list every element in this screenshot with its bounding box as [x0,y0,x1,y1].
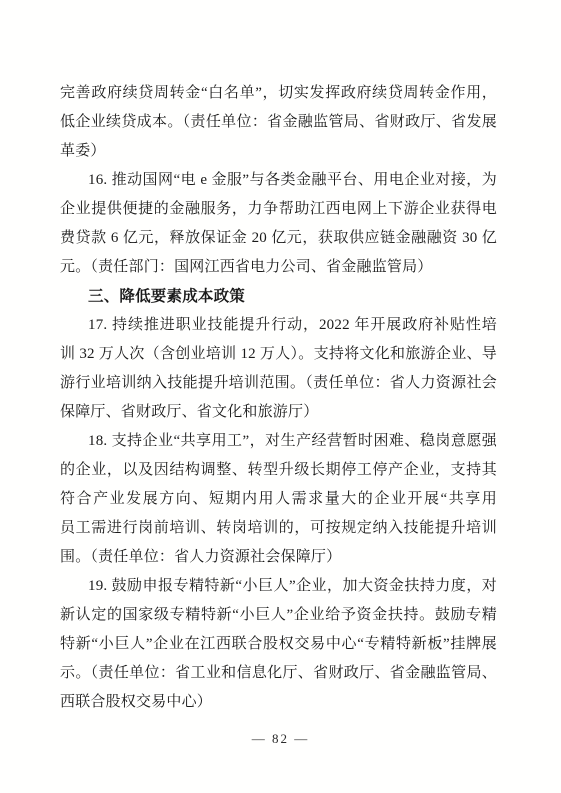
text-line: 低企业续贷成本。（责任单位：省金融监管局、省财政厅、省发展改 [60,108,497,137]
section-heading: 三、降低要素成本政策 [60,282,497,311]
text-line: 完善政府续贷周转金“白名单”，切实发挥政府续贷周转金作用，降 [60,79,497,108]
text-line: 围。（责任单位：省人力资源社会保障厅） [60,543,497,572]
text-line: 革委） [60,137,497,166]
text-line: 训 32 万人次（含创业培训 12 万人）。支持将文化和旅游企业、导 [60,340,497,369]
text-line: 元。（责任部门：国网江西省电力公司、省金融监管局） [60,253,497,282]
text-line: 18. 支持企业“共享用工”，对生产经营暂时困难、稳岗意愿强 [60,427,497,456]
text-line: 的企业，以及因结构调整、转型升级长期停工停产企业，支持其与 [60,456,497,485]
text-line: 17. 持续推进职业技能提升行动，2022 年开展政府补贴性培 [60,311,497,340]
text-line: 西联合股权交易中心） [60,688,497,717]
text-line: 16. 推动国网“电 e 金服”与各类金融平台、用电企业对接，为 [60,166,497,195]
text-line: 示。（责任单位：省工业和信息化厅、省财政厅、省金融监管局、江 [60,659,497,688]
text-line: 费贷款 6 亿元，释放保证金 20 亿元，获取供应链金融融资 30 亿 [60,224,497,253]
text-line: 19. 鼓励申报专精特新“小巨人”企业，加大资金扶持力度，对 [60,572,497,601]
page-number: — 82 — [0,731,561,747]
text-line: 员工需进行岗前培训、转岗培训的，可按规定纳入技能提升培训范 [60,514,497,543]
document-page: 完善政府续贷周转金“白名单”，切实发挥政府续贷周转金作用，降 低企业续贷成本。（… [0,0,561,793]
text-line: 保障厅、省财政厅、省文化和旅游厅） [60,398,497,427]
text-line: 企业提供便捷的金融服务，力争帮助江西电网上下游企业获得电 [60,195,497,224]
text-line: 特新“小巨人”企业在江西联合股权交易中心“专精特新板”挂牌展 [60,630,497,659]
document-body: 完善政府续贷周转金“白名单”，切实发挥政府续贷周转金作用，降 低企业续贷成本。（… [60,79,497,717]
text-line: 游行业培训纳入技能提升培训范围。（责任单位：省人力资源社会 [60,369,497,398]
text-line: 符合产业发展方向、短期内用人需求量大的企业开展“共享用工”。 [60,485,497,514]
text-line: 新认定的国家级专精特新“小巨人”企业给予资金扶持。鼓励专精 [60,601,497,630]
